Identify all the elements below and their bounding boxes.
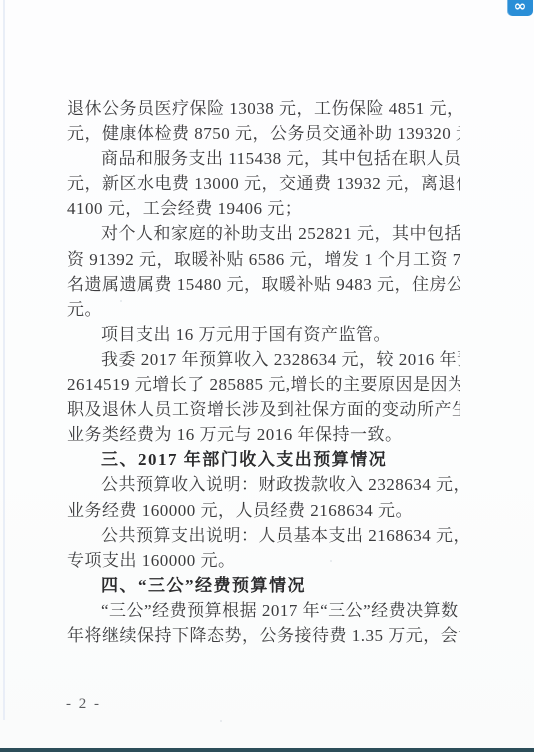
text-line: 商品和服务支出 115438 元，其中包括在职人员经费 65000 (67, 146, 460, 171)
page-number: - 2 - (66, 696, 101, 713)
footer-bar (0, 748, 534, 752)
text-line: 元。 (67, 297, 460, 322)
text-line: 年将继续保持下降态势，公务接待费 1.35 万元，会议费 0.37 (67, 623, 460, 648)
text-line: 公共预算支出说明：人员基本支出 2168634 元，业务管理 (67, 523, 460, 548)
text-line: 对个人和家庭的补助支出 252821 元，其中包括离休人员工 (67, 221, 460, 246)
text-line: 4100 元，工会经费 19406 元； (67, 196, 460, 221)
browser-extension-badge-icon[interactable]: ∞ (507, 0, 533, 16)
text-line: 业务经费 160000 元，人员经费 2168634 元。 (67, 498, 460, 523)
text-line: 专项支出 160000 元。 (67, 548, 460, 573)
text-line: 职及退休人员工资增长涉及到社保方面的变动所产生的，专项 (67, 397, 460, 422)
text-line: 业务类经费为 16 万元与 2016 年保持一致。 (67, 422, 460, 447)
text-line: “三公”经费预算根据 2017 年“三公”经费决算数，2017 (67, 598, 460, 623)
text-line: 元，新区水电费 13000 元，交通费 13932 元，离退休公用经费 (67, 171, 460, 196)
scan-speck (220, 720, 222, 722)
text-line: 项目支出 16 万元用于国有资产监管。 (67, 322, 460, 347)
section-heading: 四、“三公”经费预算情况 (67, 573, 460, 598)
scanned-document-page: 退休公务员医疗保险 13038 元，工伤保险 4851 元，生育保险 3881元… (0, 0, 534, 752)
text-line: 名遗属遗属费 15480 元，取暖补贴 9483 元，住房公积金 122264 (67, 272, 460, 297)
text-line: 元，健康体检费 8750 元，公务员交通补助 139320 元。 (67, 121, 460, 146)
page-edge-line (3, 0, 5, 720)
section-heading: 三、2017 年部门收入支出预算情况 (67, 447, 460, 472)
document-text: 退休公务员医疗保险 13038 元，工伤保险 4851 元，生育保险 3881元… (67, 96, 460, 648)
text-line: 资 91392 元，取暖补贴 6586 元，增发 1 个月工资 7616 元；3 (67, 247, 460, 272)
text-line: 我委 2017 年预算收入 2328634 元，较 2016 年预算收入 (67, 347, 460, 372)
text-line: 2614519 元增长了 285885 元,增长的主要原因是因为 2017 年在 (67, 372, 460, 397)
text-line: 退休公务员医疗保险 13038 元，工伤保险 4851 元，生育保险 3881 (67, 96, 460, 121)
text-line: 公共预算收入说明：财政拨款收入 2328634 元，其中专项 (67, 472, 460, 497)
